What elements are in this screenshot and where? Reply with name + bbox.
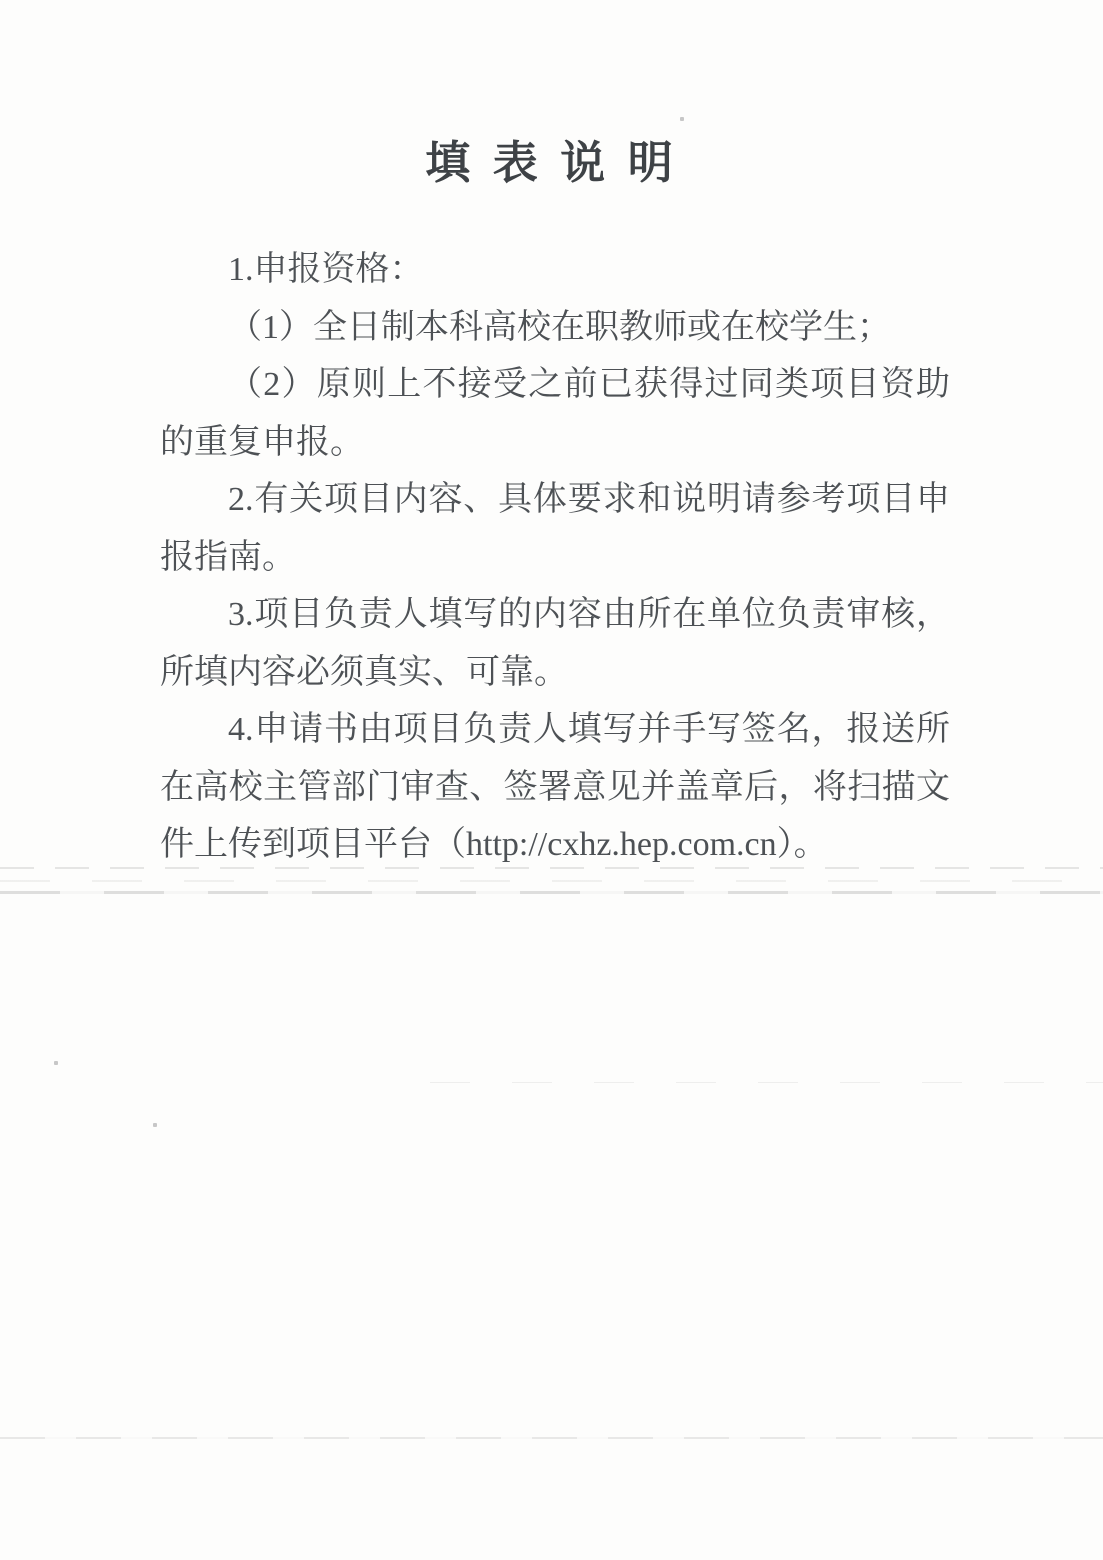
paragraph-eligibility-item-1: （1）全日制本科高校在职教师或在校学生； <box>160 299 950 357</box>
scan-artifact-streak-top-2 <box>0 880 1103 882</box>
scan-artifact-speck-1 <box>680 117 684 121</box>
scan-artifact-streak-bottom <box>0 1437 1103 1439</box>
paragraph-eligibility-heading: 1.申报资格： <box>160 241 950 299</box>
document-page: 填 表 说 明 1.申报资格： （1）全日制本科高校在职教师或在校学生； （2）… <box>0 0 1103 1560</box>
instructions-body: 1.申报资格： （1）全日制本科高校在职教师或在校学生； （2）原则上不接受之前… <box>160 241 950 874</box>
page-title: 填 表 说 明 <box>0 126 1103 191</box>
scan-artifact-streak-middle <box>430 1082 1103 1083</box>
scan-artifact-speck-3 <box>153 1123 157 1127</box>
paragraph-eligibility-item-2: （2）原则上不接受之前已获得过同类项目资助的重复申报。 <box>160 356 950 471</box>
paragraph-content-review: 3.项目负责人填写的内容由所在单位负责审核，所填内容必须真实、可靠。 <box>160 586 950 701</box>
paragraph-submission-process: 4.申请书由项目负责人填写并手写签名，报送所在高校主管部门审查、签署意见并盖章后… <box>160 701 950 874</box>
scan-artifact-streak-top-3 <box>0 891 1103 894</box>
paragraph-project-guide: 2.有关项目内容、具体要求和说明请参考项目申报指南。 <box>160 471 950 586</box>
scan-artifact-speck-2 <box>54 1061 58 1065</box>
